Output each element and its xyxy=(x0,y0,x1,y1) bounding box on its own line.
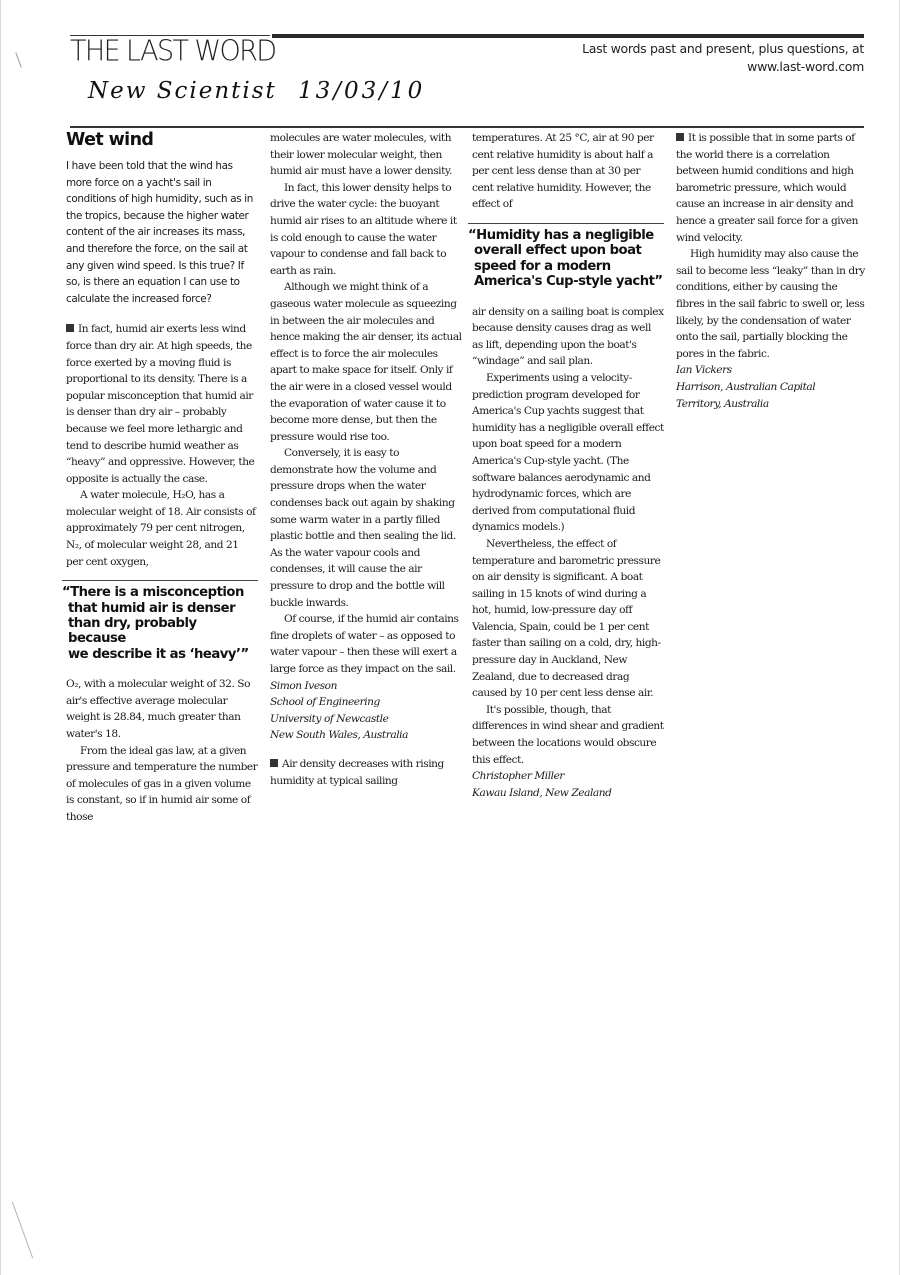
answer-paragraph: It's possible, though, that differences … xyxy=(472,702,664,768)
masthead-rule-thick xyxy=(272,34,864,38)
answer-marker-icon xyxy=(66,324,74,332)
reader-question: I have been told that the wind has more … xyxy=(66,158,258,307)
author-name: Christopher Miller xyxy=(472,768,664,785)
answer-paragraph: Nevertheless, the effect of temperature … xyxy=(472,536,664,702)
pullquote-line: overall effect upon boat xyxy=(468,243,664,258)
website-link[interactable]: www.last-word.com xyxy=(582,58,864,76)
answer-paragraph: From the ideal gas law, at a given press… xyxy=(66,743,258,826)
answer-paragraph: air density on a sailing boat is complex… xyxy=(472,304,664,370)
masthead-tagline: Last words past and present, plus questi… xyxy=(582,40,864,76)
scan-edge-left xyxy=(0,0,1,1275)
answer-paragraph: O₂, with a molecular weight of 32. So ai… xyxy=(66,676,258,742)
answer-paragraph: molecules are water molecules, with thei… xyxy=(270,130,462,180)
answer-paragraph: High humidity may also cause the sail to… xyxy=(676,246,868,362)
author-location: Kawau Island, New Zealand xyxy=(472,785,664,802)
answer-marker-icon xyxy=(676,133,684,141)
answer-marker-icon xyxy=(270,759,278,767)
column-3: temperatures. At 25 °C, air at 90 per ce… xyxy=(472,130,664,801)
author-location: Territory, Australia xyxy=(676,396,868,413)
column-4: It is possible that in some parts of the… xyxy=(676,130,868,412)
author-location: New South Wales, Australia xyxy=(270,727,462,744)
answer-paragraph: Experiments using a velocity-prediction … xyxy=(472,370,664,536)
answer-paragraph: Of course, if the humid air contains fin… xyxy=(270,611,462,677)
column-2: molecules are water molecules, with thei… xyxy=(270,130,462,789)
answer-paragraph: It is possible that in some parts of the… xyxy=(676,130,868,246)
answer-paragraph: In fact, this lower density helps to dri… xyxy=(270,180,462,280)
scan-mark xyxy=(12,1202,33,1259)
pullquote-line: “There is a misconception xyxy=(62,585,258,600)
pullquote-line: that humid air is denser xyxy=(62,601,258,616)
pullquote-line: than dry, probably because xyxy=(62,616,258,647)
answer-paragraph: temperatures. At 25 °C, air at 90 per ce… xyxy=(472,130,664,213)
pullquote: “Humidity has a negligible overall effec… xyxy=(468,223,664,290)
scan-edge-right xyxy=(899,0,900,1275)
section-title: THE LAST WORD xyxy=(70,35,275,68)
author-affiliation: University of Newcastle xyxy=(270,711,462,728)
pullquote-line: America's Cup-style yacht” xyxy=(468,274,664,289)
handwritten-publication: New Scientist xyxy=(88,78,277,104)
handwritten-date: 13/03/10 xyxy=(298,78,425,104)
tagline-text: Last words past and present, plus questi… xyxy=(582,40,864,58)
answer-paragraph: Air density decreases with rising humidi… xyxy=(270,756,462,789)
column-1: Wet wind I have been told that the wind … xyxy=(66,130,258,826)
pullquote: “There is a misconception that humid air… xyxy=(62,580,258,662)
answer-paragraph: In fact, humid air exerts less wind forc… xyxy=(66,321,258,487)
article-headline: Wet wind xyxy=(66,130,258,150)
author-name: Ian Vickers xyxy=(676,362,868,379)
pullquote-line: speed for a modern xyxy=(468,259,664,274)
author-affiliation: School of Engineering xyxy=(270,694,462,711)
scan-mark xyxy=(15,52,21,67)
author-name: Simon Iveson xyxy=(270,678,462,695)
masthead-rule-bottom xyxy=(70,126,864,128)
pullquote-line: we describe it as ‘heavy’” xyxy=(62,647,258,662)
pullquote-line: “Humidity has a negligible xyxy=(468,228,664,243)
answer-paragraph: Conversely, it is easy to demonstrate ho… xyxy=(270,445,462,611)
answer-paragraph: Although we might think of a gaseous wat… xyxy=(270,279,462,445)
answer-paragraph: A water molecule, H₂O, has a molecular w… xyxy=(66,487,258,570)
author-location: Harrison, Australian Capital xyxy=(676,379,868,396)
